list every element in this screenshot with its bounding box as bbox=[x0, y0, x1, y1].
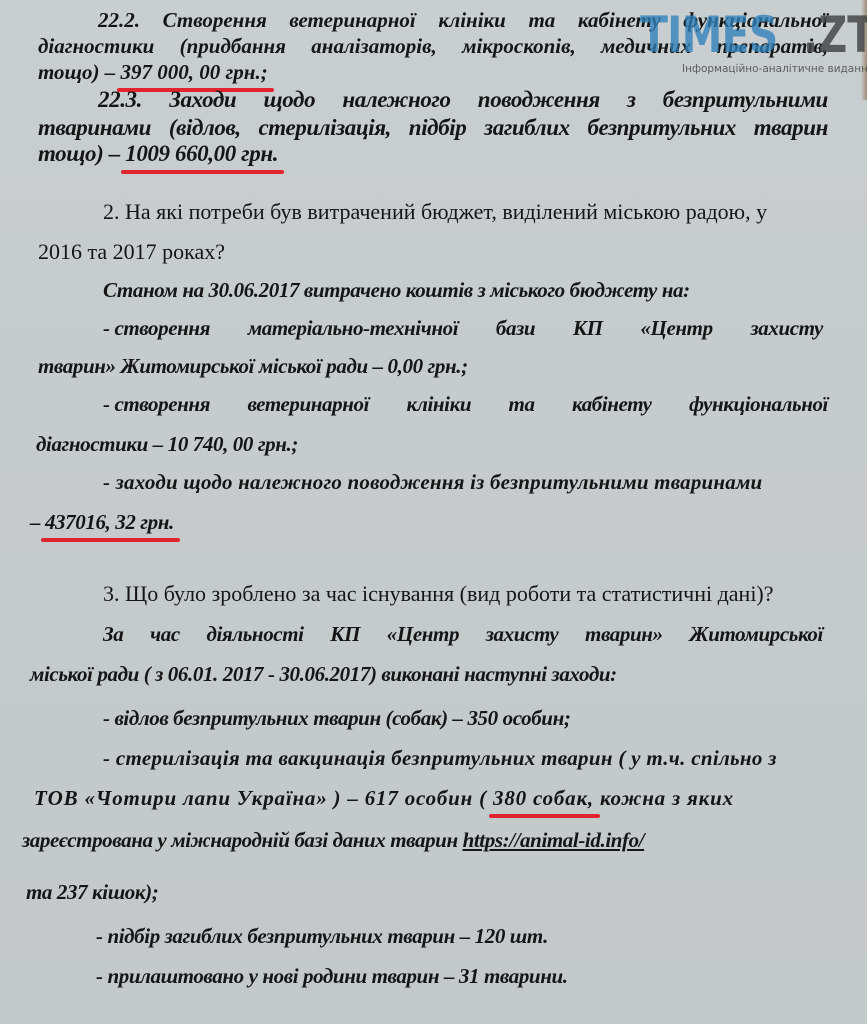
word: тварин» bbox=[585, 622, 663, 646]
answer-3-bullet2-line4: та 237 кішок); bbox=[26, 880, 158, 904]
word: клініки bbox=[438, 8, 506, 32]
answer-3-intro-line1: За час діяльності КП «Центр захисту твар… bbox=[103, 622, 823, 646]
watermark-brand: TIMES bbox=[640, 6, 777, 64]
word: - створення bbox=[103, 316, 210, 340]
word: клініки bbox=[406, 392, 471, 416]
word: належного bbox=[342, 88, 450, 112]
highlighted-amount: 397 000, 00 грн.; bbox=[121, 60, 268, 84]
word: функціональної bbox=[689, 392, 828, 416]
word: КП bbox=[573, 316, 603, 340]
word: Житомирської bbox=[689, 622, 823, 646]
text: тощо) – bbox=[38, 60, 121, 84]
highlighted-amount: 437016, 32 грн. bbox=[45, 510, 174, 534]
answer-3-bullet1: - відлов безпритульних тварин (собак) – … bbox=[103, 706, 570, 730]
answer-2-bullet1-line2: тварин» Житомирської міської ради – 0,00… bbox=[38, 354, 468, 378]
question-2-line2: 2016 та 2017 роках? bbox=[38, 240, 225, 264]
word: підбір bbox=[409, 116, 467, 140]
answer-3-bullet3: - підбір загиблих безпритульних тварин –… bbox=[96, 924, 548, 948]
item-22-3-line3: тощо) – 1009 660,00 грн. bbox=[38, 142, 278, 166]
answer-2-intro: Станом на 30.06.2017 витрачено коштів з … bbox=[103, 278, 690, 302]
word: поводження bbox=[478, 88, 600, 112]
word: час bbox=[150, 622, 180, 646]
answer-2-bullet3-line2: – 437016, 32 грн. bbox=[30, 510, 174, 534]
word: тваринами bbox=[38, 116, 151, 140]
word: тварин bbox=[754, 116, 828, 140]
answer-3-bullet2-line3: зареєстрована у міжнародній базі даних т… bbox=[22, 828, 644, 852]
word: аналізаторів, bbox=[311, 34, 437, 58]
text: – bbox=[30, 510, 45, 534]
answer-2-bullet3-line1: - заходи щодо належного поводження із бе… bbox=[103, 470, 762, 494]
word: За bbox=[103, 622, 123, 646]
highlighted-dogs-count: 380 собак, bbox=[493, 786, 594, 810]
word: «Центр bbox=[640, 316, 712, 340]
word: безпритульних bbox=[587, 116, 736, 140]
word: діяльності bbox=[206, 622, 303, 646]
word: щодо bbox=[264, 88, 316, 112]
text: зареєстрована у міжнародній базі даних т… bbox=[22, 828, 463, 852]
word: загиблих bbox=[484, 116, 570, 140]
word: діагностики bbox=[38, 34, 154, 58]
text: кожна з яких bbox=[594, 786, 734, 810]
word: захисту bbox=[486, 622, 559, 646]
text: тощо) – bbox=[38, 141, 125, 166]
watermark-suffix: .ZT bbox=[803, 6, 867, 64]
word: матеріально-технічної bbox=[248, 316, 458, 340]
word: та bbox=[509, 392, 535, 416]
item-number: 22.3. bbox=[98, 88, 142, 112]
answer-3-bullet4: - прилаштовано у нові родини тварин – 31… bbox=[96, 964, 568, 988]
word: бази bbox=[496, 316, 535, 340]
question-3-line1: 3. Що було зроблено за час існування (ви… bbox=[103, 582, 774, 606]
word: - створення bbox=[103, 392, 210, 416]
item-22-3-line2: тваринами (відлов, стерилізація, підбір … bbox=[38, 116, 828, 140]
item-22-3-line1: 22.3. Заходи щодо належного поводження з… bbox=[98, 88, 828, 112]
word: Створення bbox=[163, 8, 267, 32]
word: (відлов, bbox=[169, 116, 241, 140]
watermark-tagline: Інформаційно-аналітичне видання bbox=[682, 63, 867, 75]
answer-2-bullet1-line1: - створення матеріально-технічної бази К… bbox=[103, 316, 823, 340]
word: (придбання bbox=[180, 34, 286, 58]
word: Заходи bbox=[169, 88, 236, 112]
word: з bbox=[627, 88, 636, 112]
question-2-line1: 2. На які потреби був витрачений бюджет,… bbox=[103, 200, 767, 224]
text: ТОВ «Чотири лапи Україна» ) – 617 особин… bbox=[34, 786, 493, 810]
word: «Центр bbox=[387, 622, 459, 646]
item-22-2-line3: тощо) – 397 000, 00 грн.; bbox=[38, 60, 268, 84]
word: ветеринарної bbox=[289, 8, 415, 32]
word: КП bbox=[330, 622, 360, 646]
animal-id-link[interactable]: https://animal-id.info/ bbox=[463, 828, 645, 852]
answer-2-bullet2-line1: - створення ветеринарної клініки та кабі… bbox=[103, 392, 828, 416]
highlighted-amount: 1009 660,00 грн. bbox=[125, 142, 278, 166]
word: кабінету bbox=[572, 392, 652, 416]
word: та bbox=[528, 8, 555, 32]
word: ветеринарної bbox=[247, 392, 369, 416]
word: захисту bbox=[750, 316, 823, 340]
answer-3-bullet2-line1: - стерилізація та вакцинація безпритульн… bbox=[103, 746, 777, 770]
answer-3-bullet2-line2: ТОВ «Чотири лапи Україна» ) – 617 особин… bbox=[34, 786, 734, 810]
word: стерилізація, bbox=[258, 116, 391, 140]
answer-2-bullet2-line2: діагностики – 10 740, 00 грн.; bbox=[36, 432, 298, 456]
item-number: 22.2. bbox=[98, 8, 140, 32]
word: безпритульними bbox=[663, 88, 828, 112]
word: мікроскопів, bbox=[462, 34, 576, 58]
answer-3-intro-line2: міської ради ( з 06.01. 2017 - 30.06.201… bbox=[30, 662, 617, 686]
